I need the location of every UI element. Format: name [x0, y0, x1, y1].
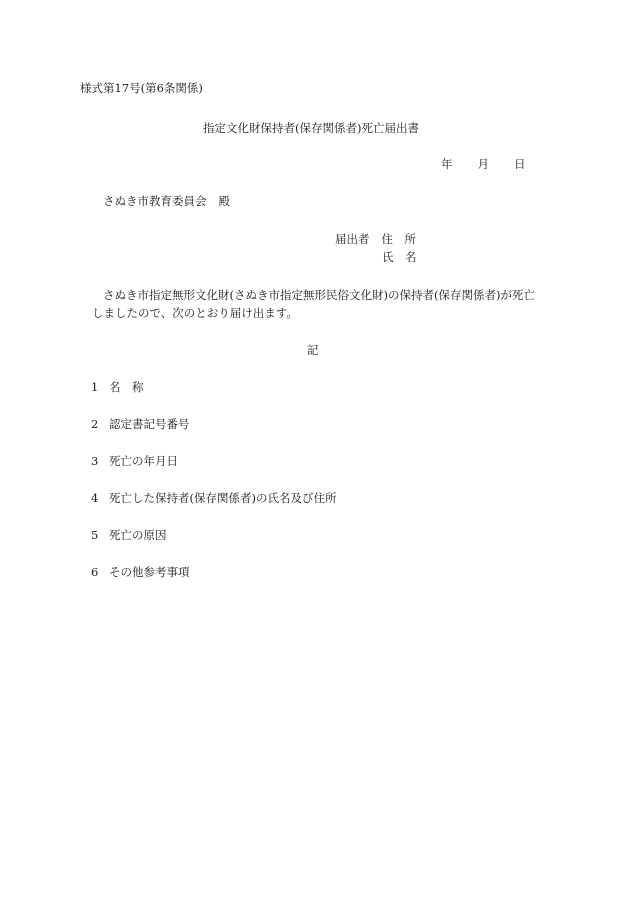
item-label: 死亡した保持者(保存関係者)の氏名及び住所: [109, 491, 336, 505]
item-number: 1: [91, 380, 109, 394]
item-number: 6: [91, 565, 109, 579]
list-item: 2認定書記号番号: [91, 417, 190, 431]
item-label: 死亡の年月日: [109, 454, 178, 468]
notifier-address-line: 届出者住 所: [335, 232, 416, 246]
addressee: さぬき市教育委員会殿: [103, 194, 230, 208]
date-month: 月: [478, 157, 490, 171]
notifier-label: 届出者: [335, 232, 370, 246]
body-line-2: しましたので、次のとおり届け出ます。: [92, 306, 298, 320]
date-line: 年月日: [441, 157, 526, 171]
item-number: 3: [91, 454, 109, 468]
list-item: 1名 称: [91, 380, 144, 394]
ki-heading: 記: [307, 343, 319, 357]
notifier-address-label: 住 所: [382, 232, 417, 246]
list-item: 3死亡の年月日: [91, 454, 178, 468]
addressee-name: さぬき市教育委員会: [103, 194, 207, 208]
date-day: 日: [514, 157, 526, 171]
item-label: 認定書記号番号: [109, 417, 190, 431]
form-number: 様式第17号(第6条関係): [80, 81, 203, 95]
list-item: 6その他参考事項: [91, 565, 190, 579]
item-label: その他参考事項: [109, 565, 190, 579]
addressee-honorific: 殿: [219, 194, 231, 208]
list-item: 4死亡した保持者(保存関係者)の氏名及び住所: [91, 491, 336, 505]
item-number: 2: [91, 417, 109, 431]
document-page: 様式第17号(第6条関係) 指定文化財保持者(保存関係者)死亡届出書 年月日 さ…: [0, 0, 630, 903]
item-number: 5: [91, 528, 109, 542]
date-year: 年: [441, 157, 453, 171]
document-title: 指定文化財保持者(保存関係者)死亡届出書: [203, 121, 419, 135]
item-label: 死亡の原因: [109, 528, 167, 542]
item-label: 名 称: [109, 380, 144, 394]
notifier-name-label: 氏 名: [382, 250, 417, 264]
item-number: 4: [91, 491, 109, 505]
body-line-1: さぬき市指定無形文化財(さぬき市指定無形民俗文化財)の保持者(保存関係者)が死亡: [103, 288, 535, 302]
list-item: 5死亡の原因: [91, 528, 167, 542]
